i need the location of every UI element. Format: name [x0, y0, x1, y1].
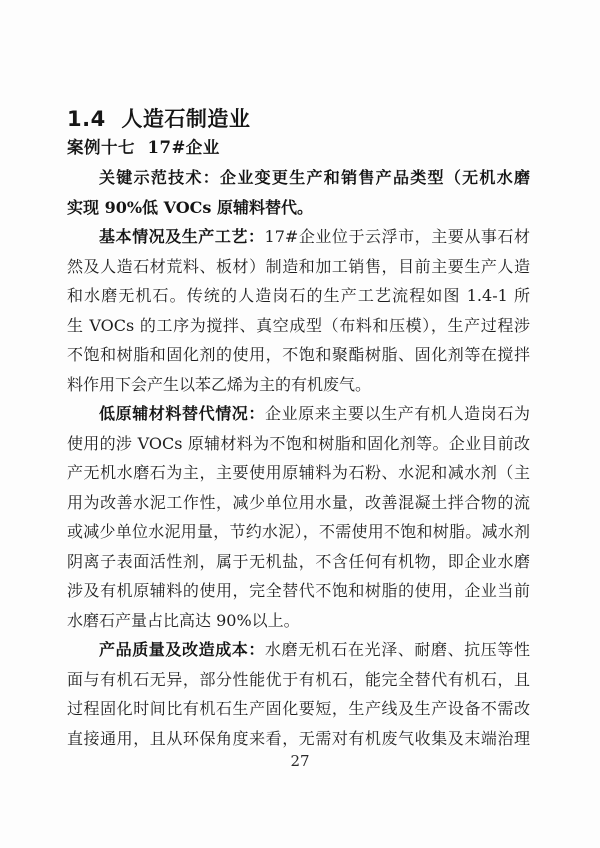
- text-line: 水磨石产量占比高达 90%以上。: [67, 606, 530, 636]
- text-line: 产无机水磨石为主，主要使用原辅料为石粉、水泥和减水剂（主要作: [67, 458, 530, 488]
- text-line: 基本情况及生产工艺：17#企业位于云浮市，主要从事石材（天: [67, 222, 530, 252]
- document-body: 关键示范技术：企业变更生产和销售产品类型（无机水磨石），实现 90%低 VOCs…: [67, 163, 530, 753]
- text-line: 用为改善水泥工作性，减少单位用水量，改善混凝土拌合物的流动性；: [67, 488, 530, 518]
- text-line: 或减少单位水泥用量，节约水泥），不需使用不饱和树脂。减水剂为: [67, 517, 530, 547]
- paragraph-lead: 低原辅材料替代情况：: [99, 404, 265, 423]
- text-line: 然及人造石材荒料、板材）制造和加工销售，目前主要生产人造岗石: [67, 252, 530, 282]
- text-line: 阴离子表面活性剂，属于无机盐，不含任何有机物，即企业水磨石不: [67, 547, 530, 577]
- section-heading: 1.4 人造石制造业: [67, 106, 530, 133]
- paragraph-lead: 产品质量及改造成本：: [99, 640, 265, 659]
- text-line: 料作用下会产生以苯乙烯为主的有机废气。: [67, 370, 530, 400]
- paragraph-lead: 关键示范技术：企业变更生产和销售产品类型（无机水磨石），: [67, 168, 530, 193]
- document-page: 1.4 人造石制造业 案例十七 17#企业 关键示范技术：企业变更生产和销售产品…: [0, 0, 600, 848]
- case-heading: 案例十七 17#企业: [67, 133, 530, 163]
- raw-material-substitution-paragraph: 低原辅材料替代情况：企业原来主要以生产有机人造岗石为主，使用的涉 VOCs 原辅…: [67, 399, 530, 635]
- text-line: 直接通用，且从环保角度来看，无需对有机废气收集及末端治理进行: [67, 724, 530, 754]
- text-line: 关键示范技术：企业变更生产和销售产品类型（无机水磨石），: [67, 163, 530, 193]
- text-line: 过程固化时间比有机石生产固化要短，生产线及生产设备不需改造，: [67, 694, 530, 724]
- key-technology-paragraph: 关键示范技术：企业变更生产和销售产品类型（无机水磨石），实现 90%低 VOCs…: [67, 163, 530, 222]
- product-quality-paragraph: 产品质量及改造成本：水磨无机石在光泽、耐磨、抗压等性能方面与有机石无异，部分性能…: [67, 635, 530, 753]
- text-line: 涉及有机原辅料的使用，完全替代不饱和树脂的使用，企业当前无机: [67, 576, 530, 606]
- text-line: 产品质量及改造成本：水磨无机石在光泽、耐磨、抗压等性能方: [67, 635, 530, 665]
- text-line: 使用的涉 VOCs 原辅材料为不饱和树脂和固化剂等。企业目前改为生: [67, 429, 530, 459]
- text-line: 和水磨无机石。传统的人造岗石的生产工艺流程如图 1.4-1 所示，产: [67, 281, 530, 311]
- paragraph-lead: 实现 90%低 VOCs 原辅料替代。: [67, 198, 313, 217]
- page-number: 27: [0, 750, 600, 772]
- text-line: 生 VOCs 的工序为搅拌、真空成型（布料和压模），生产过程涉及到: [67, 311, 530, 341]
- text-line: 实现 90%低 VOCs 原辅料替代。: [67, 193, 530, 223]
- text-line: 低原辅材料替代情况：企业原来主要以生产有机人造岗石为主，: [67, 399, 530, 429]
- text-line: 面与有机石无异，部分性能优于有机石，能完全替代有机石，且生产: [67, 665, 530, 695]
- basic-situation-paragraph: 基本情况及生产工艺：17#企业位于云浮市，主要从事石材（天然及人造石材荒料、板材…: [67, 222, 530, 399]
- paragraph-lead: 基本情况及生产工艺：: [99, 227, 265, 246]
- text-line: 不饱和树脂和固化剂的使用，不饱和聚酯树脂、固化剂等在搅拌或布: [67, 340, 530, 370]
